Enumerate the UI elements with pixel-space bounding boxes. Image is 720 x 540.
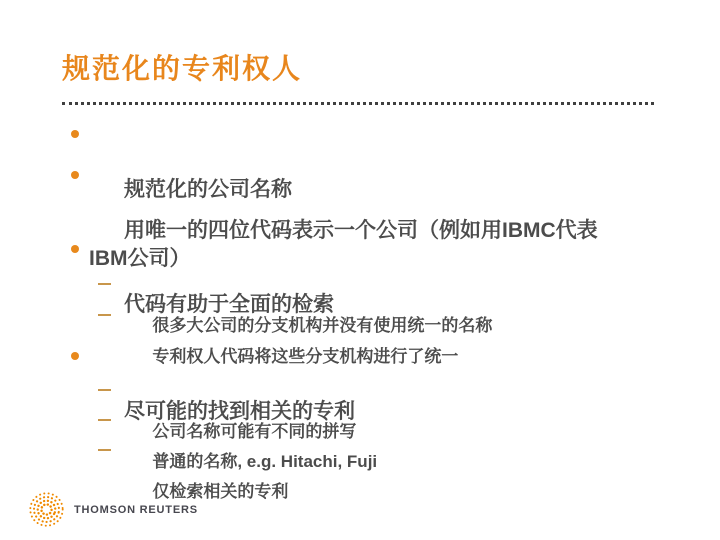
dash-bullet-icon bbox=[98, 314, 111, 316]
logo-text: THOMSON REUTERS bbox=[74, 504, 198, 516]
thomson-reuters-globe-icon bbox=[28, 491, 65, 528]
bullet-icon bbox=[71, 171, 79, 179]
slide: 规范化的专利权人 规范化的公司名称 用唯一的四位代码表示一个公司（例如用IBMC… bbox=[0, 0, 720, 540]
separator-dotted-line bbox=[62, 102, 654, 105]
dash-bullet-icon bbox=[98, 389, 111, 391]
slide-title: 规范化的专利权人 bbox=[62, 52, 302, 86]
thomson-reuters-logo: THOMSON REUTERS bbox=[28, 491, 198, 528]
bullet-icon bbox=[71, 245, 79, 253]
dash-bullet-icon bbox=[98, 283, 111, 285]
bullet-icon bbox=[71, 352, 79, 360]
dash-bullet-icon bbox=[98, 419, 111, 421]
dash-bullet-icon bbox=[98, 449, 111, 451]
bullet-icon bbox=[71, 130, 79, 138]
